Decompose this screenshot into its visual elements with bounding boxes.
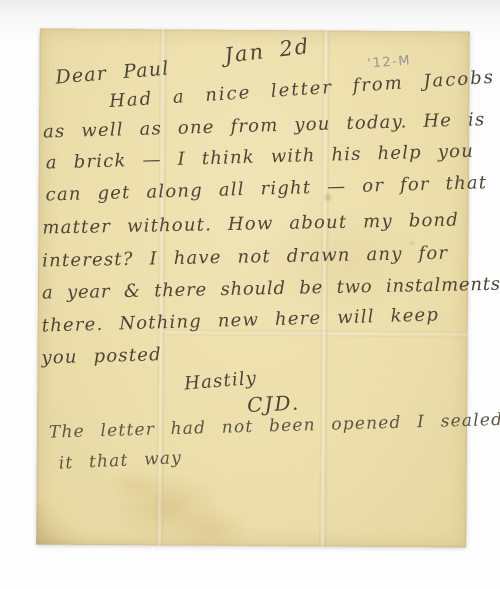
signature: CJD. [247, 391, 301, 417]
letter-paper: Jan 2d '12-M Dear Paul Had a nice letter… [36, 29, 470, 548]
postscript-line: it that way [58, 448, 182, 474]
closing-line: Hastily [183, 368, 257, 395]
body-line: a brick — I think with his help you [46, 141, 475, 174]
archive-note: '12-M [367, 53, 412, 71]
corner-crease-bottom-left [36, 502, 90, 544]
body-line: interest? I have not drawn any for [42, 243, 448, 272]
body-line: matter without. How about my bond [42, 210, 459, 239]
body-line: as well as one from you today. He is [43, 109, 486, 142]
body-line: a year & there should be two instalments [42, 274, 500, 304]
date-line: Jan 2d [223, 34, 311, 68]
body-line: can get along all right — or for that [45, 172, 487, 205]
body-line: you posted [41, 344, 162, 368]
scan-background: Jan 2d '12-M Dear Paul Had a nice letter… [0, 0, 500, 589]
salutation-line: Dear Paul [55, 57, 171, 88]
